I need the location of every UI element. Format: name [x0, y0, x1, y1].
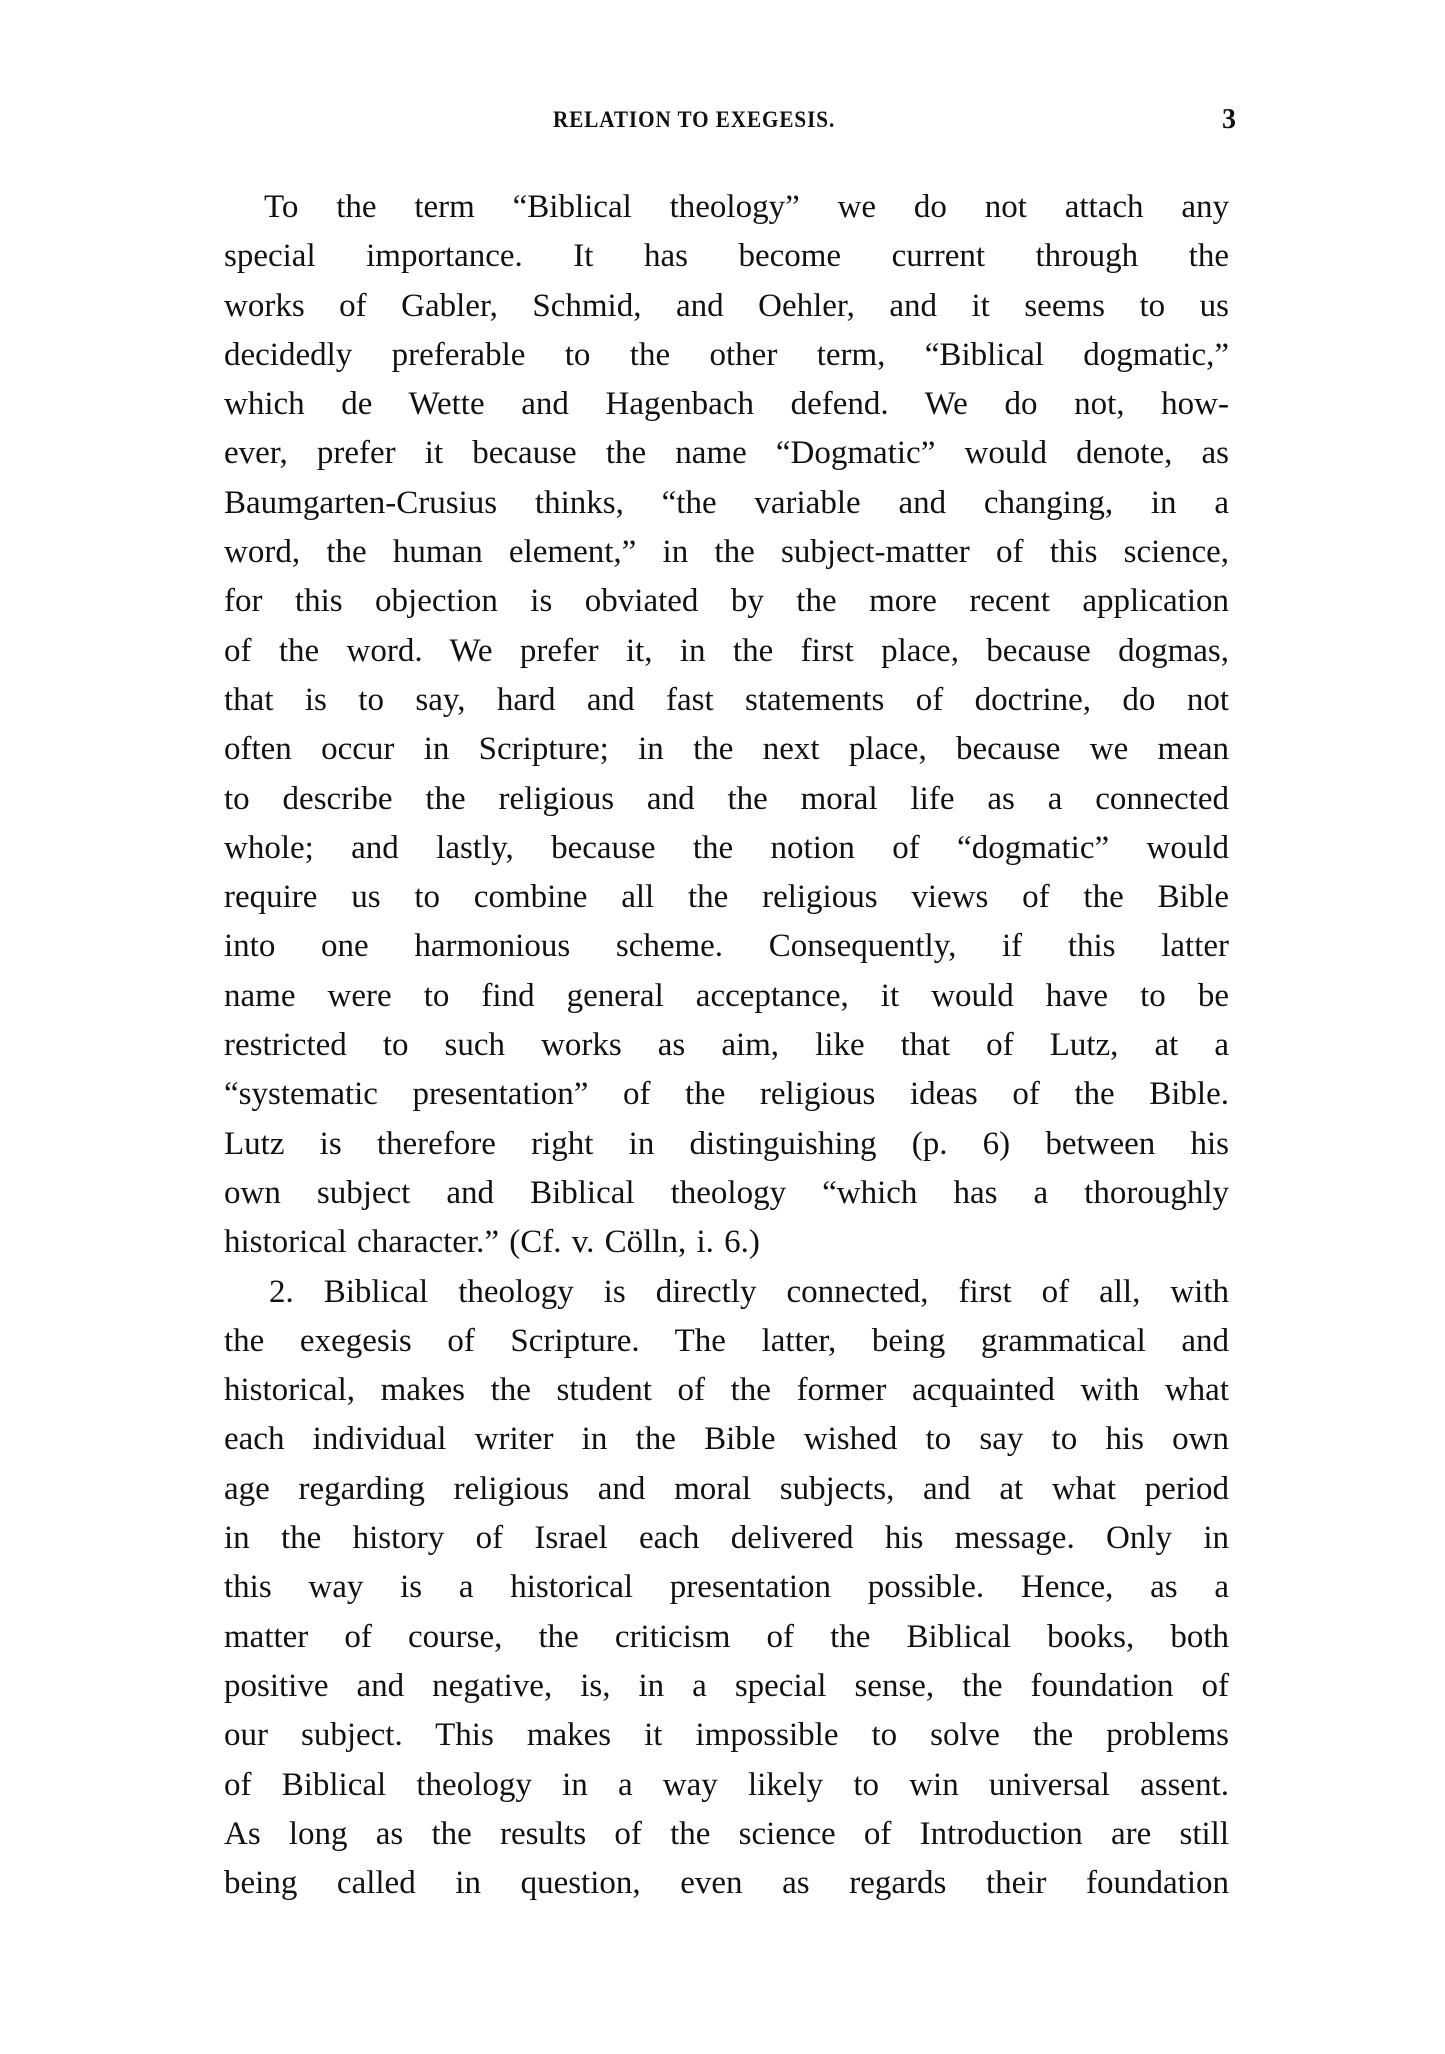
text-line: of Biblical theology in a way likely to …: [224, 1761, 1229, 1810]
text-line: whole; and lastly, because the notion of…: [224, 824, 1229, 873]
text-line: for this objection is obviated by the mo…: [224, 577, 1229, 626]
text-line: the exegesis of Scripture. The latter, b…: [224, 1317, 1229, 1366]
page-number: 3: [1222, 100, 1236, 140]
text-line: each individual writer in the Bible wish…: [224, 1415, 1229, 1464]
running-title: RELATION TO EXEGESIS.: [553, 100, 835, 140]
text-line: to describe the religious and the moral …: [224, 775, 1229, 824]
text-line: Baumgarten-Crusius thinks, “the variable…: [224, 479, 1229, 528]
text-line: Lutz is therefore right in distinguishin…: [224, 1120, 1229, 1169]
text-line: name were to find general acceptance, it…: [224, 972, 1229, 1021]
text-line: this way is a historical presentation po…: [224, 1563, 1229, 1612]
text-line: into one harmonious scheme. Consequently…: [224, 922, 1229, 971]
text-line: being called in question, even as regard…: [224, 1859, 1229, 1908]
text-line: matter of course, the criticism of the B…: [224, 1613, 1229, 1662]
text-line: historical, makes the student of the for…: [224, 1366, 1229, 1415]
text-line: own subject and Biblical theology “which…: [224, 1169, 1229, 1218]
text-line: of the word. We prefer it, in the first …: [224, 627, 1229, 676]
text-line: restricted to such works as aim, like th…: [224, 1021, 1229, 1070]
text-line: in the history of Israel each delivered …: [224, 1514, 1229, 1563]
text-line: require us to combine all the religious …: [224, 873, 1229, 922]
text-line: which de Wette and Hagenbach defend. We …: [224, 380, 1229, 429]
book-page: RELATION TO EXEGESIS. 3 To the term “Bib…: [0, 0, 1445, 2054]
text-line: often occur in Scripture; in the next pl…: [224, 725, 1229, 774]
text-line: age regarding religious and moral subjec…: [224, 1465, 1229, 1514]
text-line: As long as the results of the science of…: [224, 1810, 1229, 1859]
running-head: RELATION TO EXEGESIS. 3: [0, 100, 1445, 140]
text-line: “systematic presentation” of the religio…: [224, 1070, 1229, 1119]
text-line: ever, prefer it because the name “Dogmat…: [224, 429, 1229, 478]
text-line: positive and negative, is, in a special …: [224, 1662, 1229, 1711]
text-line: To the term “Biblical theology” we do no…: [224, 183, 1229, 232]
section-2-start: 2. Biblical theology is directly connect…: [224, 1268, 1229, 1317]
text-line: special importance. It has become curren…: [224, 232, 1229, 281]
text-line: word, the human element,” in the subject…: [224, 528, 1229, 577]
text-line: our subject. This makes it impossible to…: [224, 1711, 1229, 1760]
body-text: To the term “Biblical theology” we do no…: [224, 183, 1229, 1908]
text-line: that is to say, hard and fast statements…: [224, 676, 1229, 725]
text-line: decidedly preferable to the other term, …: [224, 331, 1229, 380]
text-line: historical character.” (Cf. v. Cölln, i.…: [224, 1218, 1229, 1267]
text-line: works of Gabler, Schmid, and Oehler, and…: [224, 282, 1229, 331]
